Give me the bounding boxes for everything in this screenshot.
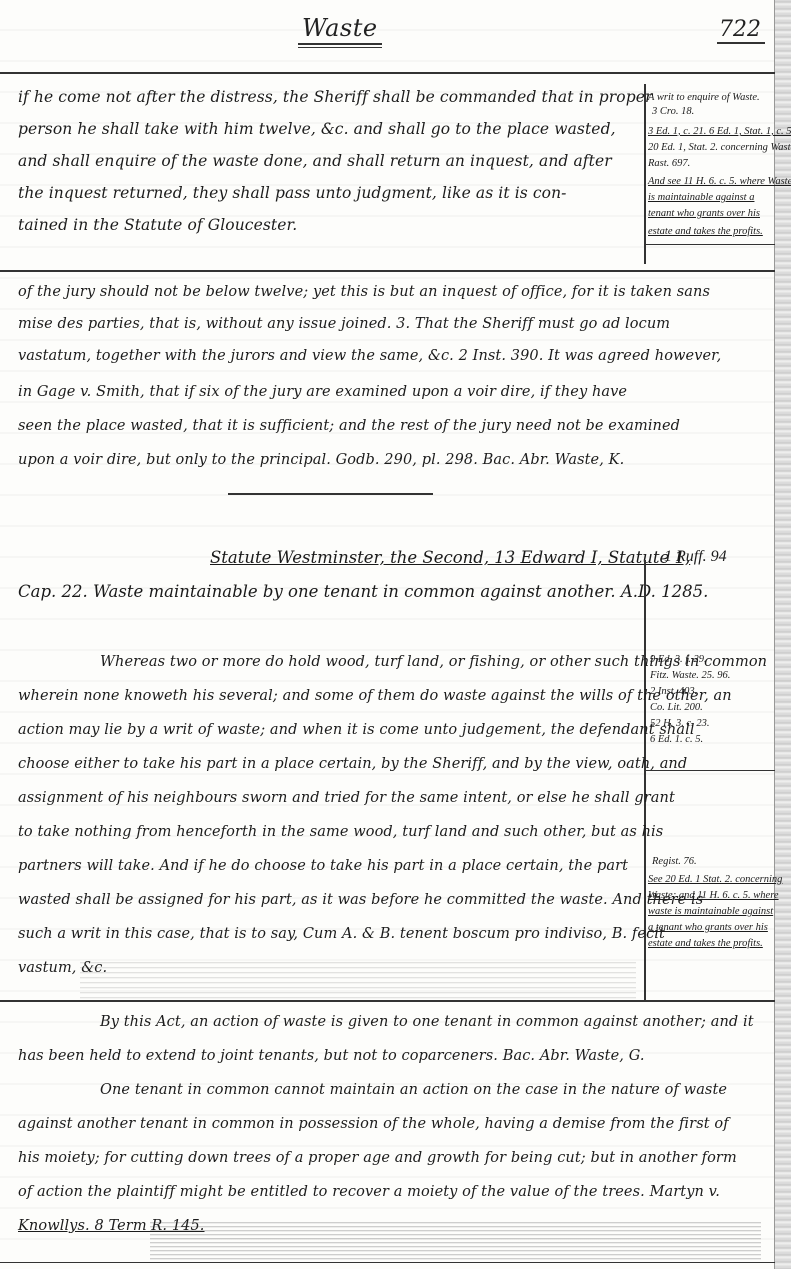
margin-note: 3 Ed. 1, c. 21. 6 Ed. 1, Stat. 1, c. 5. bbox=[648, 126, 791, 137]
margin-note: estate and takes the profits. bbox=[648, 226, 763, 237]
section-1-bottom-rule bbox=[0, 270, 775, 272]
document-page: Waste 722 if he come not after the distr… bbox=[0, 0, 791, 1269]
section-1-line: tained in the Statute of Gloucester. bbox=[18, 216, 297, 234]
margin-note: 6 Ed. 1. c. 5. bbox=[650, 734, 703, 745]
section-1-margin-divider bbox=[644, 84, 646, 264]
page-number: 722 bbox=[717, 17, 765, 44]
scan-edge bbox=[775, 0, 791, 1269]
margin-note: Regist. 76. bbox=[652, 856, 697, 867]
section-4-line: By this Act, an action of waste is given… bbox=[100, 1014, 754, 1030]
section-1-line: the inquest returned, they shall pass un… bbox=[18, 184, 567, 202]
margin-note: 9 Ed. 3. f. 29. bbox=[650, 654, 707, 665]
section-3-line: assignment of his neighbours sworn and t… bbox=[18, 790, 675, 806]
section-3-line: wherein none knoweth his several; and so… bbox=[18, 688, 732, 704]
page-title: Waste bbox=[298, 14, 382, 45]
scan-noise bbox=[150, 1222, 761, 1260]
margin-note: 20 Ed. 1, Stat. 2. concerning Waste. bbox=[648, 142, 791, 153]
section-4-line: his moiety; for cutting down trees of a … bbox=[18, 1150, 737, 1166]
section-1-margin-rule bbox=[644, 244, 775, 245]
section-3-line: choose either to take his part in a plac… bbox=[18, 756, 687, 772]
section-2-line: vastatum, together with the jurors and v… bbox=[18, 348, 721, 364]
section-2-line: mise des parties, that is, without any i… bbox=[18, 316, 670, 332]
margin-note: And see 11 H. 6. c. 5. where Waste bbox=[648, 176, 791, 187]
section-1-top-rule bbox=[0, 72, 775, 74]
section-3-bottom-rule bbox=[0, 1000, 775, 1002]
margin-note: 3 Cro. 18. bbox=[652, 106, 694, 117]
page-bottom-rule bbox=[0, 1262, 775, 1263]
margin-note: A writ to enquire of Waste. bbox=[648, 92, 760, 103]
margin-note: 2 Inst. 403. bbox=[650, 686, 697, 697]
margin-note: Waste; and 11 H. 6. c. 5. where bbox=[648, 890, 779, 901]
section-4-line: of action the plaintiff might be entitle… bbox=[18, 1184, 720, 1200]
margin-note: a tenant who grants over his bbox=[648, 922, 768, 933]
margin-note: Rast. 697. bbox=[648, 158, 690, 169]
margin-note: Co. Lit. 200. bbox=[650, 702, 703, 713]
heading-margin-note: 1 Ruff. 94 bbox=[664, 548, 727, 566]
statute-heading: Statute Westminster, the Second, 13 Edwa… bbox=[210, 548, 690, 567]
section-4-line: has been held to extend to joint tenants… bbox=[18, 1048, 645, 1064]
margin-note: estate and takes the profits. bbox=[648, 938, 763, 949]
margin-note: is maintainable against a bbox=[648, 192, 754, 203]
section-1-line: person he shall take with him twelve, &c… bbox=[18, 120, 616, 138]
right-border-line bbox=[774, 0, 775, 1269]
scan-noise bbox=[80, 962, 636, 1002]
section-1-line: if he come not after the distress, the S… bbox=[18, 88, 653, 106]
margin-note: Fitz. Waste. 25. 96. bbox=[650, 670, 730, 681]
section-divider bbox=[228, 493, 433, 495]
section-3-line: to take nothing from henceforth in the s… bbox=[18, 824, 663, 840]
section-2-line: seen the place wasted, that it is suffic… bbox=[18, 418, 680, 434]
section-2-line: in Gage v. Smith, that if six of the jur… bbox=[18, 384, 627, 400]
section-3-line: partners will take. And if he do choose … bbox=[18, 858, 628, 874]
section-3-line: wasted shall be assigned for his part, a… bbox=[18, 892, 703, 908]
margin-note: 52 H. 3. c. 23. bbox=[650, 718, 710, 729]
section-4-line: One tenant in common cannot maintain an … bbox=[100, 1082, 727, 1098]
section-1-line: and shall enquire of the waste done, and… bbox=[18, 152, 612, 170]
section-2-line: of the jury should not be below twelve; … bbox=[18, 284, 710, 300]
section-2-line: upon a voir dire, but only to the princi… bbox=[18, 452, 624, 468]
margin-note: waste is maintainable against bbox=[648, 906, 773, 917]
section-3-line: such a writ in this case, that is to say… bbox=[18, 926, 665, 942]
chapter-heading: Cap. 22. Waste maintainable by one tenan… bbox=[18, 582, 708, 601]
margin-note: See 20 Ed. 1 Stat. 2. concerning bbox=[648, 874, 782, 885]
section-3-line: action may lie by a writ of waste; and w… bbox=[18, 722, 695, 738]
margin-note: tenant who grants over his bbox=[648, 208, 760, 219]
section-4-line: against another tenant in common in poss… bbox=[18, 1116, 729, 1132]
